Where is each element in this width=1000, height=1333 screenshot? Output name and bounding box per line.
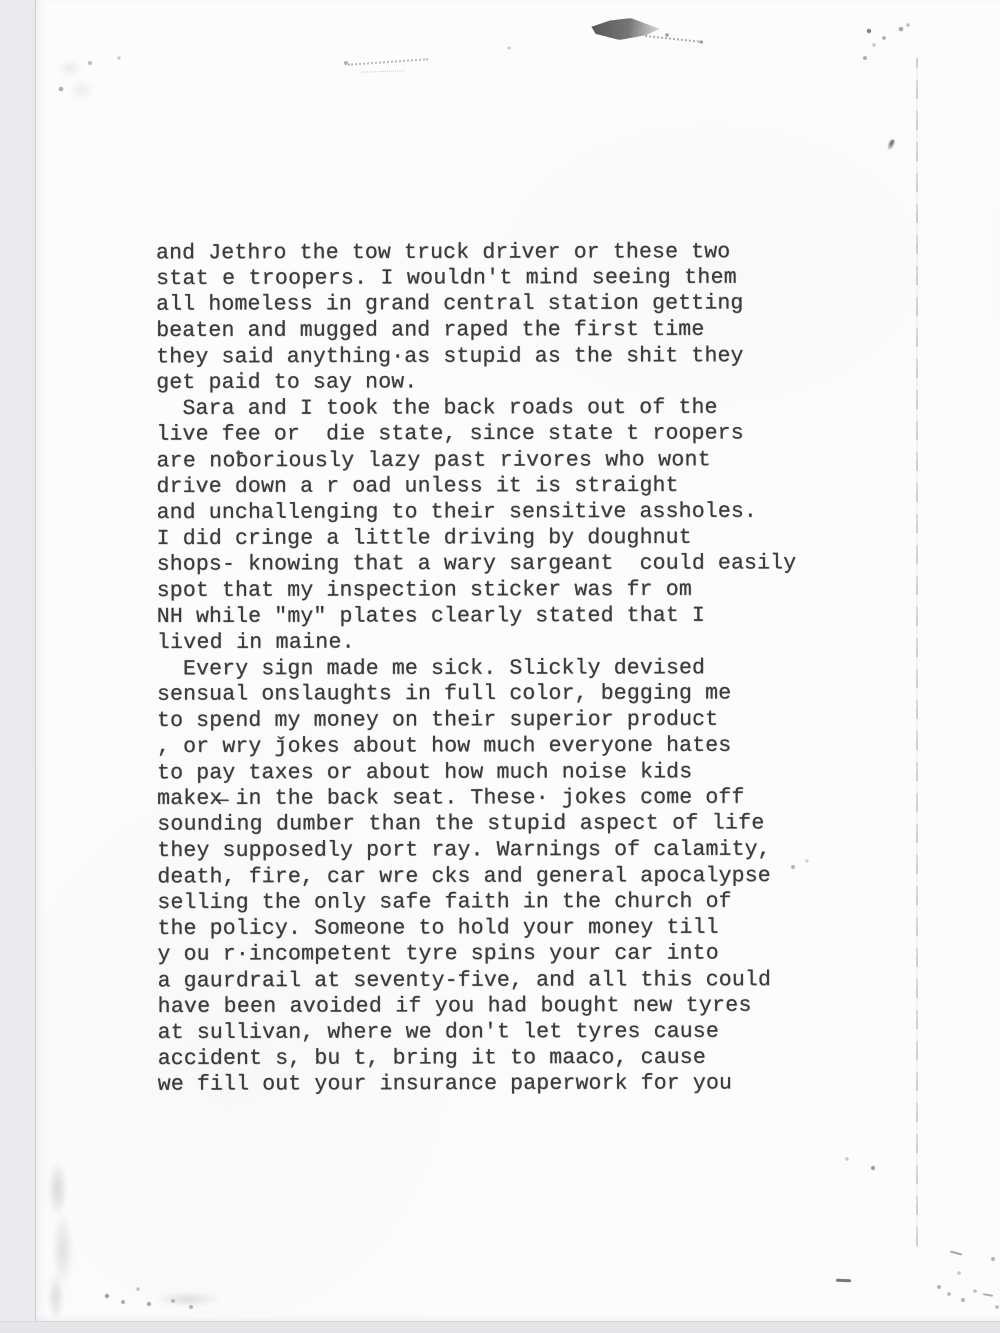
text-line: a gaurdrail at seventy-five, and all thi… xyxy=(158,967,878,995)
scan-speckles xyxy=(0,0,2,2)
text-line: , or wry ǰokes about how much everyone h… xyxy=(157,732,877,760)
text-line: shops- knowing that a wary sargeant coul… xyxy=(157,550,877,578)
text-line: Every sign made me sick. Slickly devised xyxy=(157,655,877,683)
typewritten-text: and Jethro the tow truck driver or these… xyxy=(156,238,878,1098)
text-line: have been avoided if you had bought new … xyxy=(158,992,878,1020)
text-line: are noƀoriously lazy past rivores who wo… xyxy=(156,447,876,475)
text-line: accident s, bu t, bring it to maaco, cau… xyxy=(158,1044,878,1072)
text-line: they supposedly port ray. Warnings of ca… xyxy=(157,836,877,864)
text-line: all homeless in grand central station ge… xyxy=(156,290,876,318)
text-line: beaten and mugged and raped the first ti… xyxy=(156,316,876,344)
text-line: and unchallenging to their sensitive ass… xyxy=(157,498,877,526)
text-line: makex̶ in the back seat. These· jokes co… xyxy=(157,784,877,812)
text-line: and Jethro the tow truck driver or these… xyxy=(156,239,876,267)
text-line: get paid to say now. xyxy=(156,368,876,396)
text-line: to spend my money on their superior prod… xyxy=(157,706,877,734)
text-line: at sullivan, where we don't let tyres ca… xyxy=(158,1018,878,1046)
text-line: NH while "my" plates clearly stated that… xyxy=(157,602,877,630)
text-line: we fill out your insurance paperwork for… xyxy=(158,1070,878,1098)
text-line: death, fire, car wre cks and general apo… xyxy=(157,863,877,891)
text-line: the policy. Someone to hold your money t… xyxy=(157,914,877,942)
text-line: sounding dumber than the stupid aspect o… xyxy=(157,810,877,838)
text-line: drive down a r oad unless it is straight xyxy=(156,472,876,500)
text-line: Sara and I took the back roads out of th… xyxy=(156,394,876,422)
text-line: y ou r·incompetent tyre spins your car i… xyxy=(157,940,877,968)
text-line: stat e troopers. I wouldn't mind seeing … xyxy=(156,264,876,292)
text-line: selling the only safe faith in the churc… xyxy=(157,888,877,916)
text-line: live fee or die state, since state t roo… xyxy=(156,420,876,448)
text-line: I did cringe a little driving by doughnu… xyxy=(157,524,877,552)
text-line: sensual onslaughts in full color, beggin… xyxy=(157,680,877,708)
text-line: spot that my inspection sticker was fr o… xyxy=(157,576,877,604)
scan-background: and Jethro the tow truck driver or these… xyxy=(0,0,1000,1333)
text-line: to pay taxes or about how much noise kid… xyxy=(157,759,877,787)
text-line: they said anything·as stupid as the shit… xyxy=(156,343,876,371)
paper-bottom-edge xyxy=(0,1321,1000,1333)
text-line: lived in maine. xyxy=(157,628,877,656)
